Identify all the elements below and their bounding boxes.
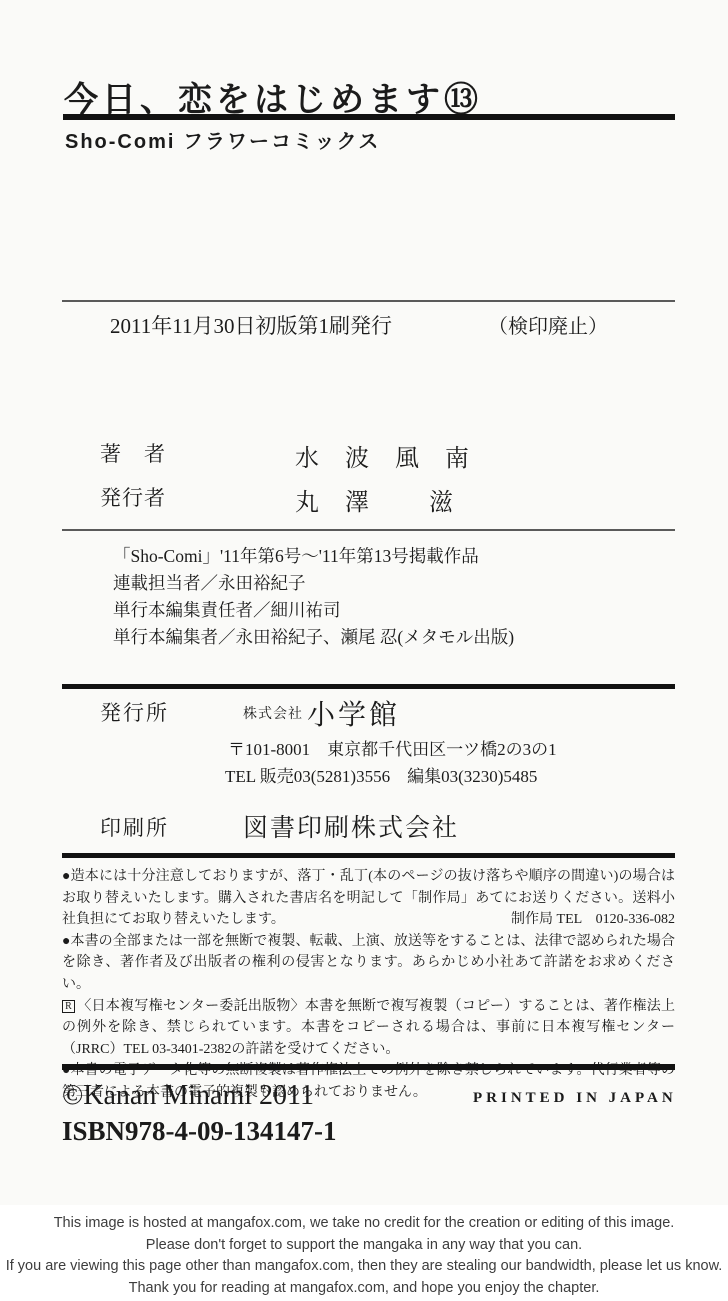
publisher-section-label: 発行所 bbox=[100, 697, 169, 727]
publisher-phone: TEL 販売03(5281)3556 編集03(3230)5485 bbox=[225, 762, 537, 787]
company-prefix: 株式会社 bbox=[243, 707, 303, 722]
copyright-section-rule bbox=[62, 1064, 675, 1070]
production-dept-phone: 制作局 TEL 0120-336-082 bbox=[511, 909, 675, 931]
publisher-company: 株式会社 小学館 bbox=[243, 693, 400, 733]
jrrc-notice: R〈日本複写権センター委託出版物〉本書を無断で複写複製（コピー）することは、著作… bbox=[62, 996, 675, 1061]
reproduction-notice: ●本書の全部または一部を無断で複製、転載、上演、放送等をすることは、法律で認めら… bbox=[62, 931, 675, 996]
printer-section-rule bbox=[62, 853, 675, 858]
disclaimer-line: Please don't forget to support the manga… bbox=[0, 1235, 728, 1257]
inspection-note: （検印廃止） bbox=[488, 310, 608, 339]
disclaimer-line: This image is hosted at mangafox.com, we… bbox=[0, 1213, 728, 1235]
serialization-info: 「Sho-Comi」'11年第6号～'11年第13号掲載作品 連載担当者／永田裕… bbox=[113, 543, 514, 651]
title-rule bbox=[63, 114, 675, 120]
volume-chief-editor: 単行本編集責任者／細川祐司 bbox=[113, 597, 514, 624]
serial-editor: 連載担当者／永田裕紀子 bbox=[113, 570, 514, 597]
publisher-name: 丸 澤 滋 bbox=[295, 482, 463, 517]
publisher-address: 〒101-8001 東京都千代田区一ツ橋2の3の1 bbox=[228, 735, 557, 760]
author-label: 著 者 bbox=[100, 438, 166, 468]
copyright-notice: ©Kanan Minami 2011 bbox=[62, 1080, 314, 1112]
registered-copy-mark: R bbox=[62, 1000, 75, 1013]
disclaimer-line: If you are viewing this page other than … bbox=[0, 1256, 728, 1278]
disclaimer-line: Thank you for reading at mangafox.com, a… bbox=[0, 1278, 728, 1300]
edition-date: 2011年11月30日初版第1刷発行 bbox=[110, 310, 392, 340]
publisher-section-rule bbox=[62, 684, 675, 689]
imprint-series: Sho-Comi フラワーコミックス bbox=[65, 125, 380, 154]
serial-section-rule bbox=[62, 529, 675, 531]
isbn: ISBN978-4-09-134147-1 bbox=[62, 1116, 337, 1147]
author-name: 水 波 風 南 bbox=[295, 438, 479, 473]
defective-copy-notice: ●造本には十分注意しておりますが、落丁・乱丁(本のページの抜け落ちや順序の間違い… bbox=[62, 866, 675, 931]
hosting-disclaimer: This image is hosted at mangafox.com, we… bbox=[0, 1205, 728, 1301]
serial-run: 「Sho-Comi」'11年第6号～'11年第13号掲載作品 bbox=[113, 543, 514, 570]
date-section-rule bbox=[62, 300, 675, 302]
printer-section-label: 印刷所 bbox=[100, 812, 169, 842]
publisher-label: 発行者 bbox=[100, 482, 166, 512]
volume-editors: 単行本編集者／永田裕紀子、瀬尾 忍(メタモル出版) bbox=[113, 624, 514, 651]
printer-name: 図書印刷株式会社 bbox=[243, 808, 459, 844]
printed-in-japan: PRINTED IN JAPAN bbox=[473, 1090, 677, 1107]
company-name: 小学館 bbox=[307, 700, 400, 731]
